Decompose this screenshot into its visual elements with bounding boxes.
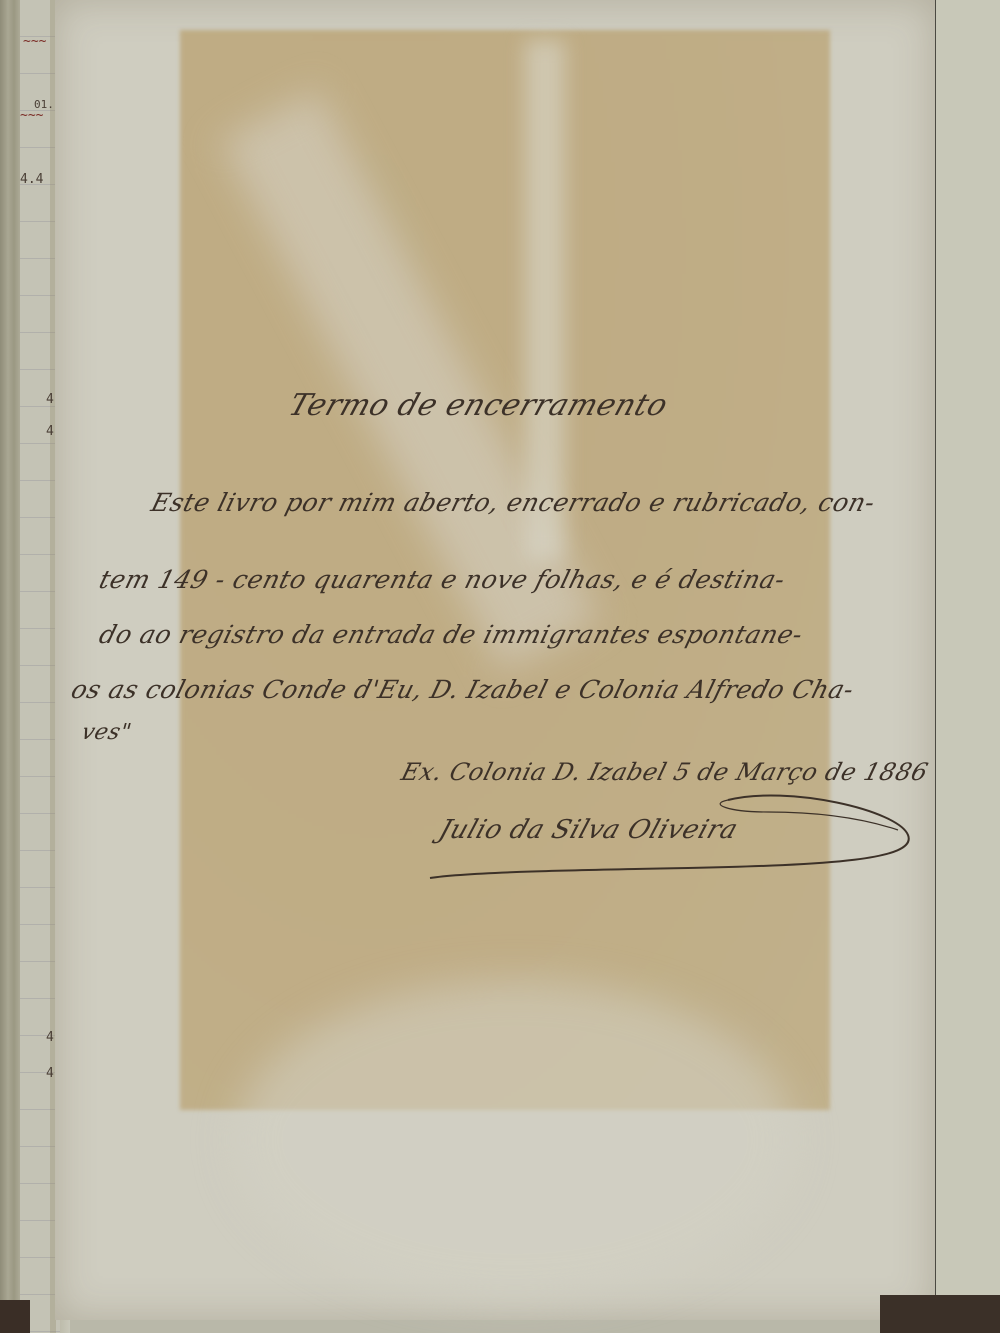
desk-surface	[880, 1295, 1000, 1333]
facing-page-edge	[935, 0, 1000, 1315]
place-date: Ex. Colonia D. Izabel 5 de Março de 1886	[398, 758, 931, 786]
margin-mark: ~~~	[20, 108, 43, 123]
photo-scene: ~~~ 01. ~~~ 4.4 4 4 4 4 Termo de encerra…	[0, 0, 1000, 1333]
body-line: os as colonias Conde d'Eu, D. Izabel e C…	[68, 675, 857, 704]
margin-mark: 4	[46, 1066, 54, 1081]
stain-light-streak	[525, 40, 565, 560]
margin-mark: 4	[46, 424, 54, 439]
document-title: Termo de encerramento	[284, 388, 672, 423]
document-page	[55, 0, 935, 1320]
body-line: do ao registro da entrada de immigrantes…	[96, 620, 806, 649]
margin-mark: 4	[46, 392, 54, 407]
body-line: ves"	[79, 720, 135, 745]
stain-light-area	[235, 980, 795, 1300]
body-line: tem 149 - cento quarenta e nove folhas, …	[96, 565, 788, 594]
desk-surface	[0, 1300, 30, 1333]
margin-mark: ~~~	[23, 34, 46, 49]
signature-flourish-icon	[428, 790, 918, 880]
margin-mark: 4	[46, 1030, 54, 1045]
margin-mark: 4.4	[20, 172, 43, 187]
body-line: Este livro por mim aberto, encerrado e r…	[148, 488, 878, 517]
